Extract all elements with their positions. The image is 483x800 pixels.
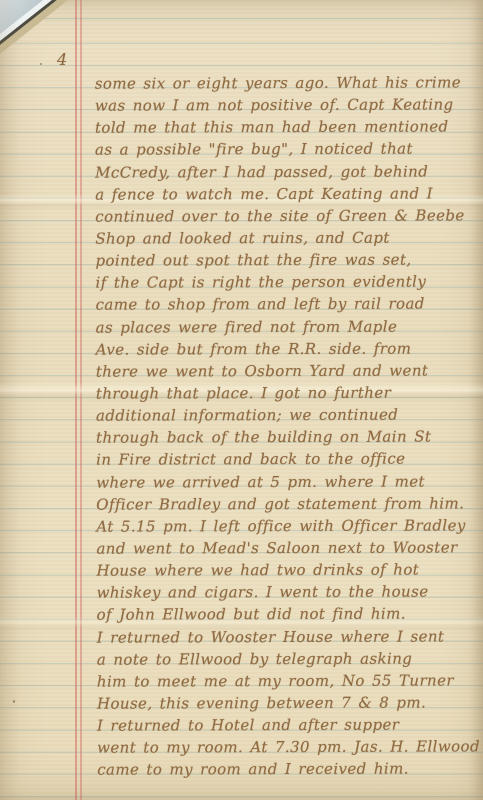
red-margin-line: [75, 0, 82, 800]
handwriting-line: House where we had two drinks of hot: [96, 558, 478, 581]
handwriting-line: some six or eight years ago. What his cr…: [95, 71, 477, 94]
notebook-page: 4 some six or eight years ago. What his …: [0, 0, 483, 800]
handwriting-line: Officer Bradley and got statement from h…: [96, 492, 478, 515]
handwriting-line: whiskey and cigars. I went to the house: [97, 580, 479, 603]
handwriting-line: through back of the building on Main St: [96, 425, 478, 448]
handwriting-line: I returned to Hotel and after supper: [97, 713, 479, 736]
handwriting-line: as places were fired not from Maple: [96, 314, 478, 337]
handwriting-line: and went to Mead's Saloon next to Wooste…: [96, 536, 478, 559]
ink-speck: [40, 63, 42, 65]
handwriting-line: in Fire district and back to the office: [96, 447, 478, 470]
handwriting-line: if the Capt is right the person evidentl…: [95, 270, 477, 293]
ink-speck: [13, 700, 15, 703]
page-number: 4: [57, 50, 67, 69]
handwriting-text: some six or eight years ago. What his cr…: [95, 71, 479, 781]
handwriting-line: there we went to Osborn Yard and went: [96, 359, 478, 382]
handwriting-line: Shop and looked at ruins, and Capt: [95, 226, 477, 249]
handwriting-line: McCredy, after I had passed, got behind: [95, 159, 477, 182]
handwriting-line: additional information; we continued: [96, 403, 478, 426]
handwriting-line: Ave. side but from the R.R. side. from: [96, 337, 478, 360]
handwriting-line: came to my room and I received him.: [97, 757, 479, 780]
handwriting-line: him to meet me at my room, No 55 Turner: [97, 669, 479, 692]
handwriting-line: At 5.15 pm. I left office with Officer B…: [96, 514, 478, 537]
handwriting-line: I returned to Wooster House where I sent: [97, 624, 479, 647]
handwriting-line: came to shop from and left by rail road: [96, 292, 478, 315]
handwriting-line: went to my room. At 7.30 pm. Jas. H. Ell…: [97, 735, 479, 758]
handwriting-line: House, this evening between 7 & 8 pm.: [97, 691, 479, 714]
handwriting-line: continued over to the site of Green & Be…: [95, 204, 477, 227]
handwriting-line: was now I am not positive of. Capt Keati…: [95, 93, 477, 116]
handwriting-line: through that place. I got no further: [96, 381, 478, 404]
handwriting-line: where we arrived at 5 pm. where I met: [96, 469, 478, 492]
handwriting-line: told me that this man had been mentioned: [95, 115, 477, 138]
handwriting-line: pointed out spot that the fire was set,: [95, 248, 477, 271]
handwriting-line: a fence to watch me. Capt Keating and I: [95, 182, 477, 205]
handwriting-line: of John Ellwood but did not find him.: [97, 602, 479, 625]
handwriting-line: as a possible "fire bug", I noticed that: [95, 137, 477, 160]
handwriting-line: a note to Ellwood by telegraph asking: [97, 646, 479, 669]
